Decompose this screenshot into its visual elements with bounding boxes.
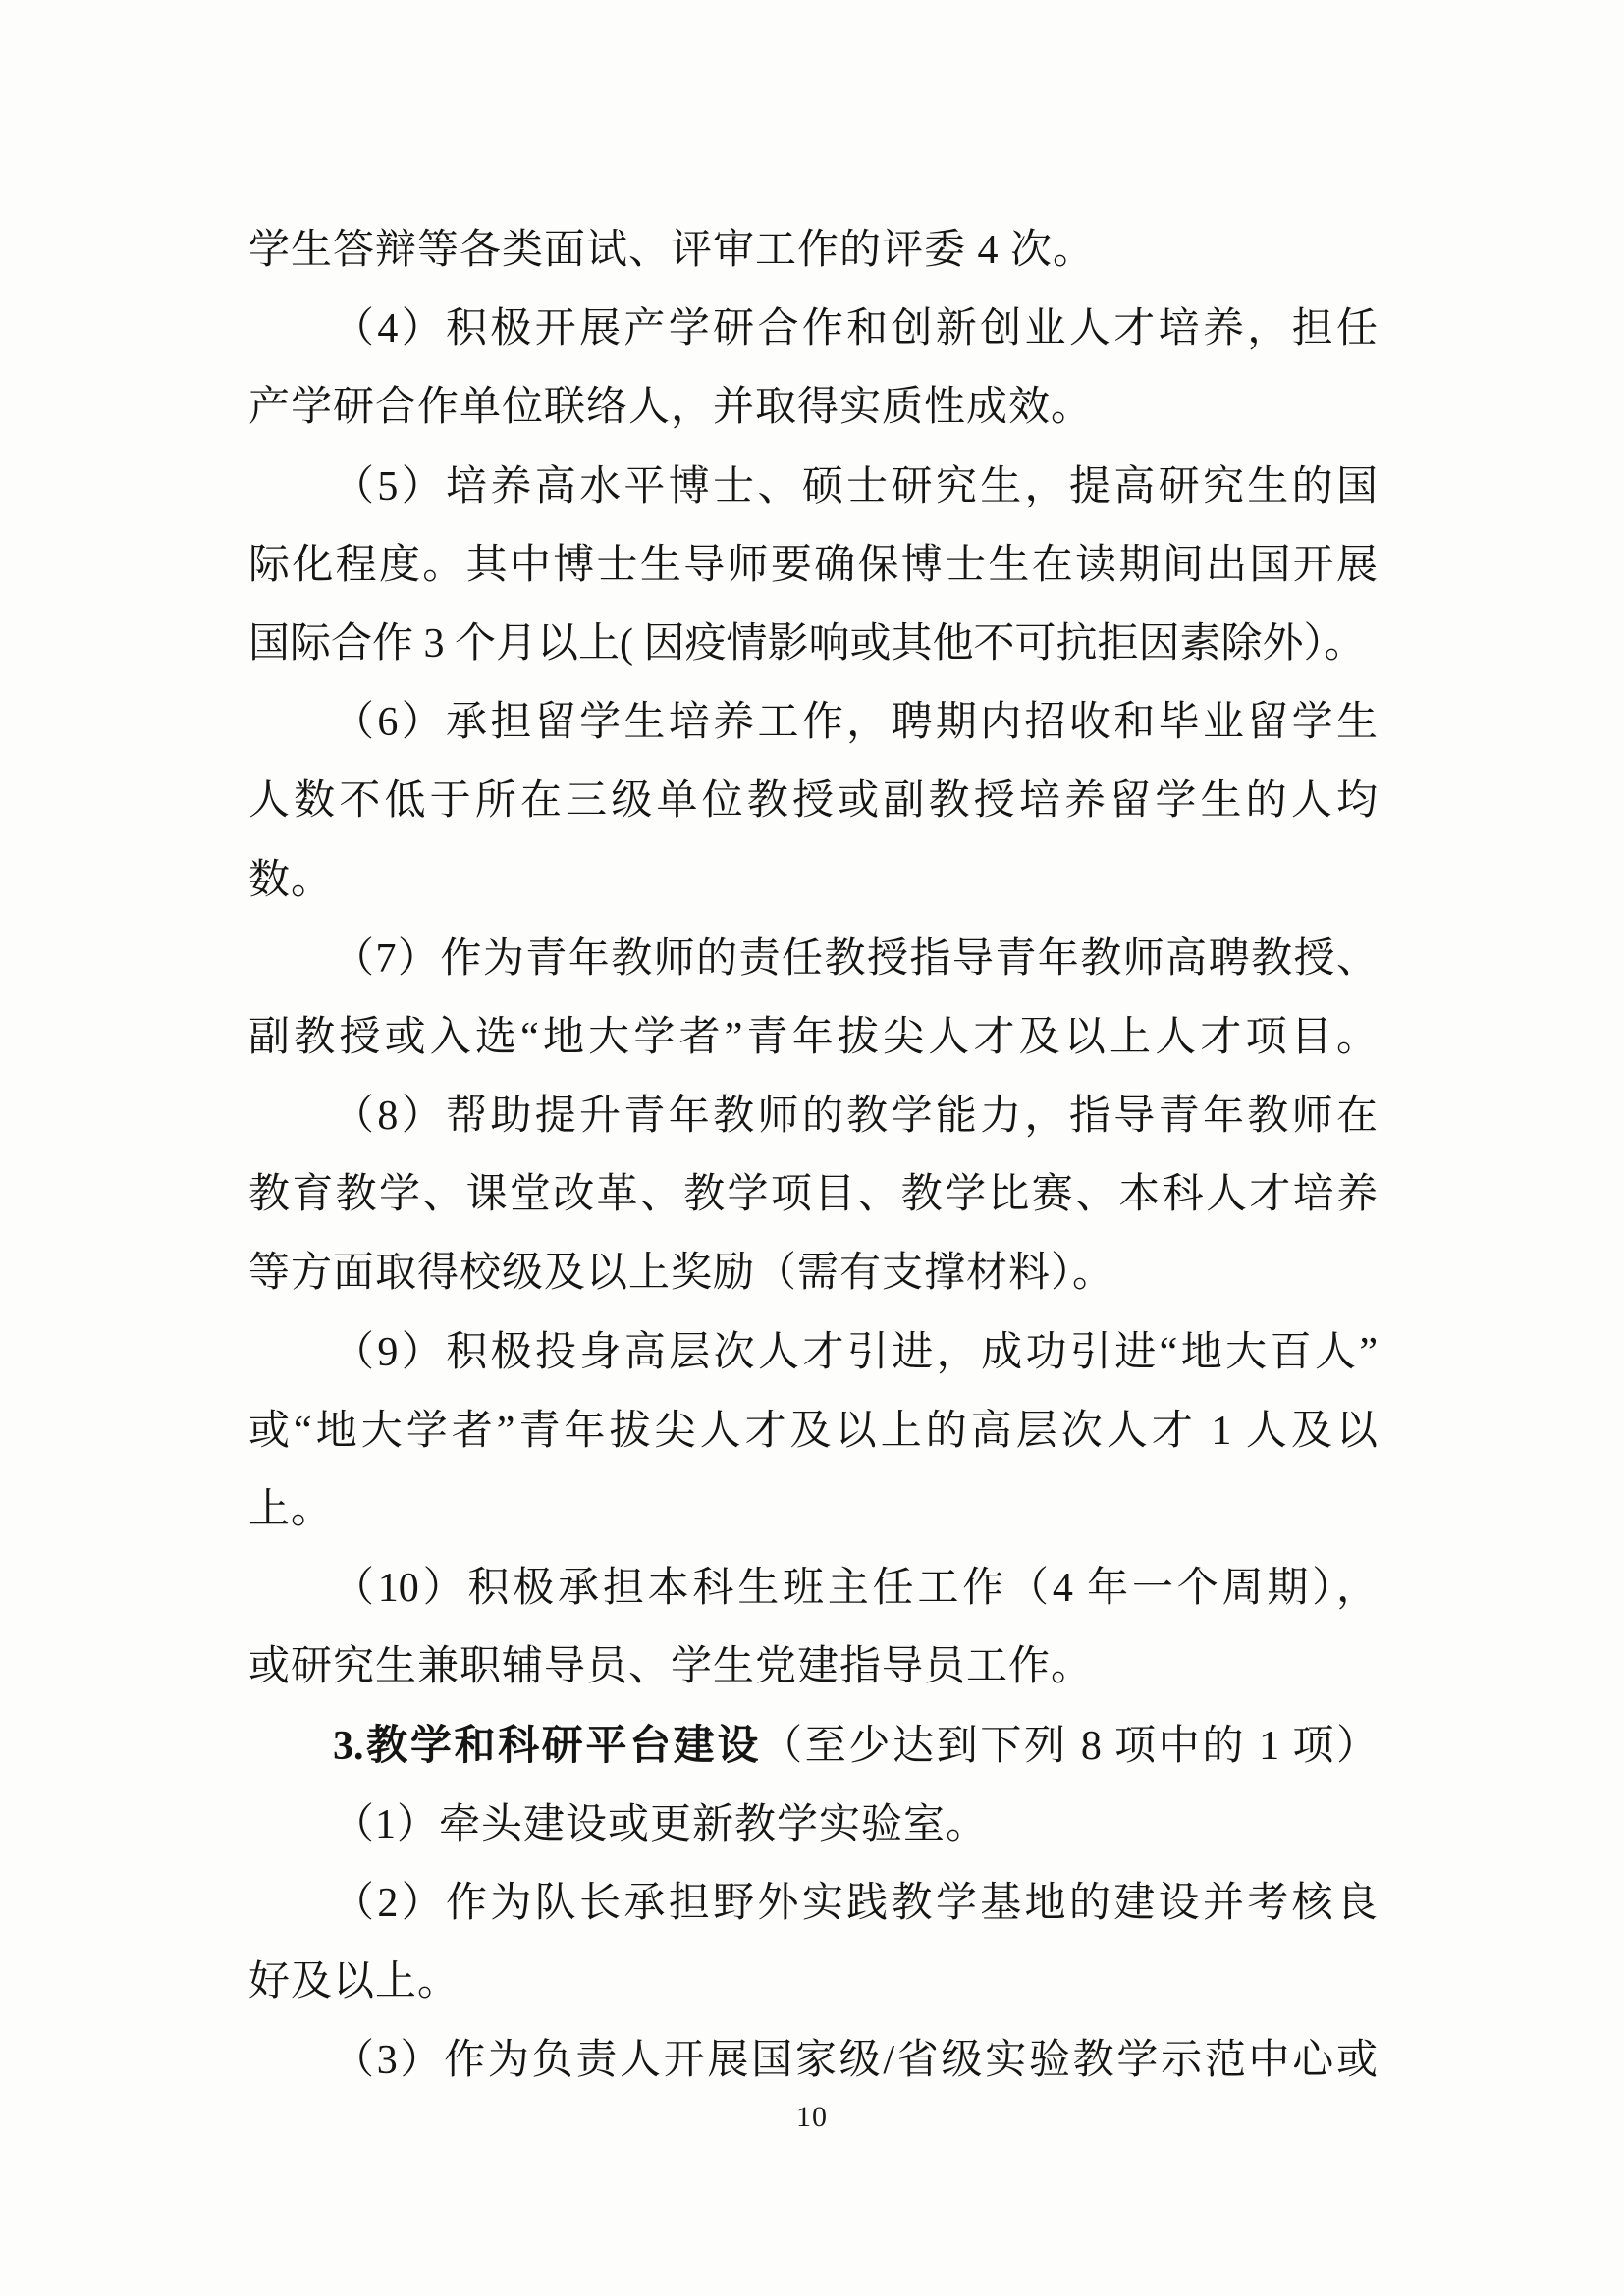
text-line: （4）积极开展产学研合作和创新创业人才培养，担任 [248,290,1378,368]
text-line: 际化程度。其中博士生导师要确保博士生在读期间出国开展 [248,526,1378,605]
text-line: 好及以上。 [248,1943,1378,2021]
text-line: 数。 [248,841,1378,920]
text-line: （8）帮助提升青年教师的教学能力，指导青年教师在 [248,1077,1378,1155]
text-line: 人数不低于所在三级单位教授或副教授培养留学生的人均 [248,762,1378,840]
text-line: （6）承担留学生培养工作，聘期内招收和毕业留学生 [248,683,1378,762]
text-line: （2）作为队长承担野外实践教学基地的建设并考核良 [248,1864,1378,1943]
page-number: 10 [0,2101,1624,2134]
text-line: （1）牵头建设或更新教学实验室。 [248,1786,1378,1864]
text-line: 教育教学、课堂改革、教学项目、教学比赛、本科人才培养 [248,1155,1378,1234]
text-line: （9）积极投身高层次人才引进，成功引进“地大百人” [248,1313,1378,1392]
text-line: 国际合作 3 个月以上( 因疫情影响或其他不可抗拒因素除外）。 [248,605,1378,683]
text-line: （7）作为青年教师的责任教授指导青年教师高聘教授、 [248,920,1378,998]
text-line: 等方面取得校级及以上奖励（需有支撑材料）。 [248,1234,1378,1312]
text-line: 副教授或入选“地大学者”青年拔尖人才及以上人才项目。 [248,998,1378,1077]
text-line: 或研究生兼职辅导员、学生党建指导员工作。 [248,1628,1378,1706]
text-line: 学生答辩等各类面试、评审工作的评委 4 次。 [248,211,1378,290]
text-line: （3）作为负责人开展国家级/省级实验教学示范中心或 [248,2021,1378,2100]
text-line: （10）积极承担本科生班主任工作（4 年一个周期）， [248,1549,1378,1628]
page-body: 学生答辩等各类面试、评审工作的评委 4 次。（4）积极开展产学研合作和创新创业人… [248,211,1378,2101]
text-line: 或“地大学者”青年拔尖人才及以上的高层次人才 1 人及以 [248,1392,1378,1470]
text-line: （5）培养高水平博士、硕士研究生，提高研究生的国 [248,448,1378,526]
text-line: 产学研合作单位联络人，并取得实质性成效。 [248,368,1378,447]
text-line: 3.教学和科研平台建设（至少达到下列 8 项中的 1 项） [248,1707,1378,1786]
text-line: 上。 [248,1470,1378,1549]
document-page: 学生答辩等各类面试、评审工作的评委 4 次。（4）积极开展产学研合作和创新创业人… [0,0,1624,2296]
section-heading: 3.教学和科研平台建设 [333,1724,761,1769]
